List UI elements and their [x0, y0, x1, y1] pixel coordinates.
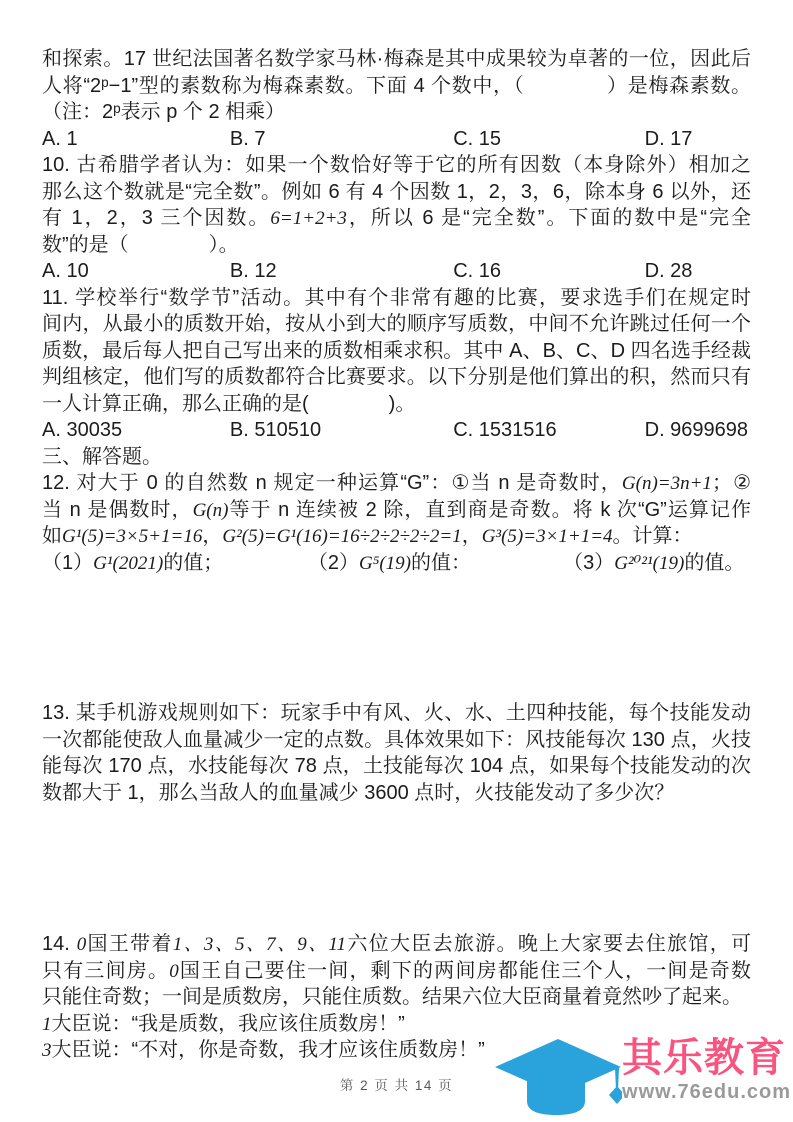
question-11: 11. 学校举行“数学节”活动。其中有个非常有趣的比赛，要求选手们在规定时间内，… [42, 285, 751, 418]
text-run: 如 [42, 525, 62, 547]
text-line: 和探索。17 世纪法国著名数学家马林·梅森是其中成果较为卓著的一位，因此后 [42, 46, 751, 73]
text-run: 只有三间房。 [42, 960, 169, 982]
text-run: 国王带着 [86, 933, 173, 955]
question-14-body: 14. 0国王带着1、3、5、7、9、11六位大臣去旅游。晚上大家要去住旅馆，可… [42, 931, 751, 1011]
text-run: 六位大臣去旅游。晚上大家要去住旅馆，可 [346, 933, 751, 955]
math-run: 1、3、5、7、9、11 [173, 934, 346, 955]
text-run: 大臣说：“不对，你是奇数，我才应该住质数房！” [52, 1039, 485, 1061]
text-line: 1大臣说：“我是质数，我应该住质数房！” [42, 1011, 751, 1038]
math-run: 6=1+2+3 [270, 208, 346, 229]
text-line: 11. 学校举行“数学节”活动。其中有个非常有趣的比赛，要求选手们在规定时 [42, 285, 751, 312]
text-run: 数都大于 1，那么当敌人的血量减少 3600 点时，火技能发动了多少次？ [42, 782, 674, 804]
text-run: ；② [712, 472, 751, 494]
graduation-cap-icon [494, 1038, 622, 1118]
question-9-options: A. 1B. 7C. 15D. 17 [42, 126, 751, 153]
text-line: 能每次 170 点，水技能每次 78 点，土技能每次 104 点，如果每个技能发… [42, 753, 751, 780]
text-line: 只有三间房。0国王自己要住一间，剩下的两间房都能住三个人，一间是奇数房， [42, 958, 751, 985]
math-run: G(n)=3n+1 [622, 473, 712, 494]
option-label: C. 15 [453, 126, 644, 153]
text-run: 14. [42, 933, 77, 955]
option-label: C. 1531516 [453, 417, 644, 444]
option-label: B. 510510 [230, 417, 453, 444]
text-run: 质数，最后每人把自己写出来的质数相乘求积。其中 A、B、C、D 四名选手经裁 [42, 340, 751, 362]
text-line: 人将“2ᵖ−1”型的素数称为梅森素数。下面 4 个数中，（ ）是梅森素数。 [42, 73, 751, 100]
text-line: 一次都能使敌人血量减少一定的点数。具体效果如下：风技能每次 130 点，火技 [42, 727, 751, 754]
math-run: G²⁰²¹(19) [614, 553, 684, 574]
document-page: 和探索。17 世纪法国著名数学家马林·梅森是其中成果较为卓著的一位，因此后人将“… [0, 0, 793, 1122]
text-run: 大臣说：“我是质数，我应该住质数房！” [52, 1013, 405, 1035]
text-run: 只能住奇数；一间是质数房，只能住质数。结果六位大臣商量着竟然吵了起来。 [42, 986, 742, 1008]
math-run: G¹(5)=3×5+1=16 [62, 526, 202, 547]
question-12: 12. 对大于 0 的自然数 n 规定一种运算“G”：①当 n 是奇数时，G(n… [42, 470, 751, 550]
question-10: 10. 古希腊学者认为：如果一个数恰好等于它的所有因数（本身除外）相加之和，那么… [42, 152, 751, 258]
math-run: 0 [169, 961, 179, 982]
text-run: （1） [42, 552, 93, 574]
text-run: 的值： [411, 552, 471, 574]
text-run: 能每次 170 点，水技能每次 78 点，土技能每次 104 点，如果每个技能发… [42, 755, 751, 777]
text-run: （3） [563, 552, 614, 574]
math-run: G(n) [193, 500, 229, 521]
text-run: 12. 对大于 0 的自然数 n 规定一种运算“G”：①当 n 是奇数时， [42, 472, 622, 494]
logo-text: 其乐教育 www.76edu.com [622, 1036, 791, 1104]
math-run: G²(5)=G¹(16)=16÷2÷2÷2÷2=1 [222, 526, 461, 547]
text-line: 如G¹(5)=3×5+1=16，G²(5)=G¹(16)=16÷2÷2÷2÷2=… [42, 523, 751, 550]
section-heading: 三、解答题。 [42, 444, 751, 471]
option-label: A. 1 [42, 126, 230, 153]
text-line: 12. 对大于 0 的自然数 n 规定一种运算“G”：①当 n 是奇数时，G(n… [42, 470, 751, 497]
text-run: 有 1，2，3 三个因数。 [42, 207, 270, 229]
text-run: 等于 n 连续被 2 除，直到商是奇数。将 k 次“G”运算记作 [228, 499, 751, 521]
text-run: 11. 学校举行“数学节”活动。其中有个非常有趣的比赛，要求选手们在规定时 [42, 287, 751, 309]
text-run: 那么这个数就是“完全数”。例如 6 有 4 个因数 1，2，3，6，除本身 6 … [42, 181, 751, 203]
text-line: （3）G²⁰²¹(19)的值。 [563, 550, 751, 577]
logo: 其乐教育 www.76edu.com [494, 1036, 791, 1118]
math-run: 0 [77, 934, 87, 955]
text-run: （注：2ᵖ表示 p 个 2 相乘） [42, 101, 285, 123]
text-line: 有 1，2，3 三个因数。6=1+2+3，所以 6 是“完全数”。下面的数中是“… [42, 205, 751, 232]
text-line: 间内，从最小的质数开始，按从小到大的顺序写质数，中间不允许跳过任何一个 [42, 311, 751, 338]
text-line: 13. 某手机游戏规则如下：玩家手中有风、火、水、土四种技能，每个技能发动 [42, 700, 751, 727]
option-label: B. 7 [230, 126, 453, 153]
option-label: C. 16 [453, 258, 644, 285]
text-run: ，所以 6 是“完全数”。下面的数中是“完全 [347, 207, 751, 229]
question-11-options: A. 30035B. 510510C. 1531516D. 9699698 [42, 417, 751, 444]
text-line: 那么这个数就是“完全数”。例如 6 有 4 个因数 1，2，3，6，除本身 6 … [42, 179, 751, 206]
question-13: 13. 某手机游戏规则如下：玩家手中有风、火、水、土四种技能，每个技能发动一次都… [42, 700, 751, 806]
text-line: 只能住奇数；一间是质数房，只能住质数。结果六位大臣商量着竟然吵了起来。 [42, 984, 751, 1011]
content-top: 和探索。17 世纪法国著名数学家马林·梅森是其中成果较为卓著的一位，因此后人将“… [42, 46, 751, 576]
text-run: 当 n 是偶数时， [42, 499, 193, 521]
text-run: 数”的是（ ）。 [42, 234, 239, 256]
logo-name: 其乐教育 [622, 1036, 786, 1080]
text-run: 一人计算正确，那么正确的是( )。 [42, 393, 415, 415]
option-label: B. 12 [230, 258, 453, 285]
text-line: 当 n 是偶数时，G(n)等于 n 连续被 2 除，直到商是奇数。将 k 次“G… [42, 497, 751, 524]
option-label: A. 30035 [42, 417, 230, 444]
text-run: 间内，从最小的质数开始，按从小到大的顺序写质数，中间不允许跳过任何一个 [42, 313, 751, 335]
text-line: 一人计算正确，那么正确的是( )。 [42, 391, 751, 418]
math-run: 3 [42, 1040, 52, 1061]
question-9-continuation: 和探索。17 世纪法国著名数学家马林·梅森是其中成果较为卓著的一位，因此后人将“… [42, 46, 751, 126]
option-label: D. 9699698 [645, 417, 751, 444]
question-12-subquestions: （1）G¹(2021)的值；（2）G⁵(19)的值：（3）G²⁰²¹(19)的值… [42, 550, 751, 577]
question-10-options: A. 10B. 12C. 16D. 28 [42, 258, 751, 285]
text-line: （2）G⁵(19)的值： [308, 550, 563, 577]
text-run: 。计算： [613, 525, 693, 547]
text-line: 14. 0国王带着1、3、5、7、9、11六位大臣去旅游。晚上大家要去住旅馆，可 [42, 931, 751, 958]
math-run: 1 [42, 1014, 52, 1035]
text-line: 判组核定，他们写的质数都符合比赛要求。以下分别是他们算出的积，然而只有 [42, 364, 751, 391]
text-run: 一次都能使敌人血量减少一定的点数。具体效果如下：风技能每次 130 点，火技 [42, 729, 751, 751]
text-run: 13. 某手机游戏规则如下：玩家手中有风、火、水、土四种技能，每个技能发动 [42, 702, 751, 724]
logo-url: www.76edu.com [622, 1080, 791, 1104]
text-run: 和探索。17 世纪法国著名数学家马林·梅森是其中成果较为卓著的一位，因此后 [42, 48, 751, 70]
text-line: 数”的是（ ）。 [42, 232, 751, 259]
text-run: 10. 古希腊学者认为：如果一个数恰好等于它的所有因数（本身除外）相加之和， [42, 154, 751, 179]
text-run: ， [462, 525, 482, 547]
text-run: 判组核定，他们写的质数都符合比赛要求。以下分别是他们算出的积，然而只有 [42, 366, 751, 388]
text-line: （1）G¹(2021)的值； [42, 550, 308, 577]
math-run: G³(5)=3×1+1=4 [482, 526, 613, 547]
text-run: （2） [308, 552, 359, 574]
text-run: 人将“2ᵖ−1”型的素数称为梅森素数。下面 4 个数中，（ ）是梅森素数。 [42, 75, 751, 97]
option-label: D. 28 [645, 258, 751, 285]
text-run: 的值。 [684, 552, 744, 574]
text-line: 10. 古希腊学者认为：如果一个数恰好等于它的所有因数（本身除外）相加之和， [42, 152, 751, 179]
text-run: ， [202, 525, 222, 547]
text-line: 质数，最后每人把自己写出来的质数相乘求积。其中 A、B、C、D 四名选手经裁 [42, 338, 751, 365]
math-run: G¹(2021) [93, 553, 163, 574]
text-line: 数都大于 1，那么当敌人的血量减少 3600 点时，火技能发动了多少次？ [42, 780, 751, 807]
option-label: D. 17 [645, 126, 751, 153]
math-run: G⁵(19) [359, 553, 411, 574]
option-label: A. 10 [42, 258, 230, 285]
text-line: （注：2ᵖ表示 p 个 2 相乘） [42, 99, 751, 126]
text-run: 的值； [163, 552, 223, 574]
